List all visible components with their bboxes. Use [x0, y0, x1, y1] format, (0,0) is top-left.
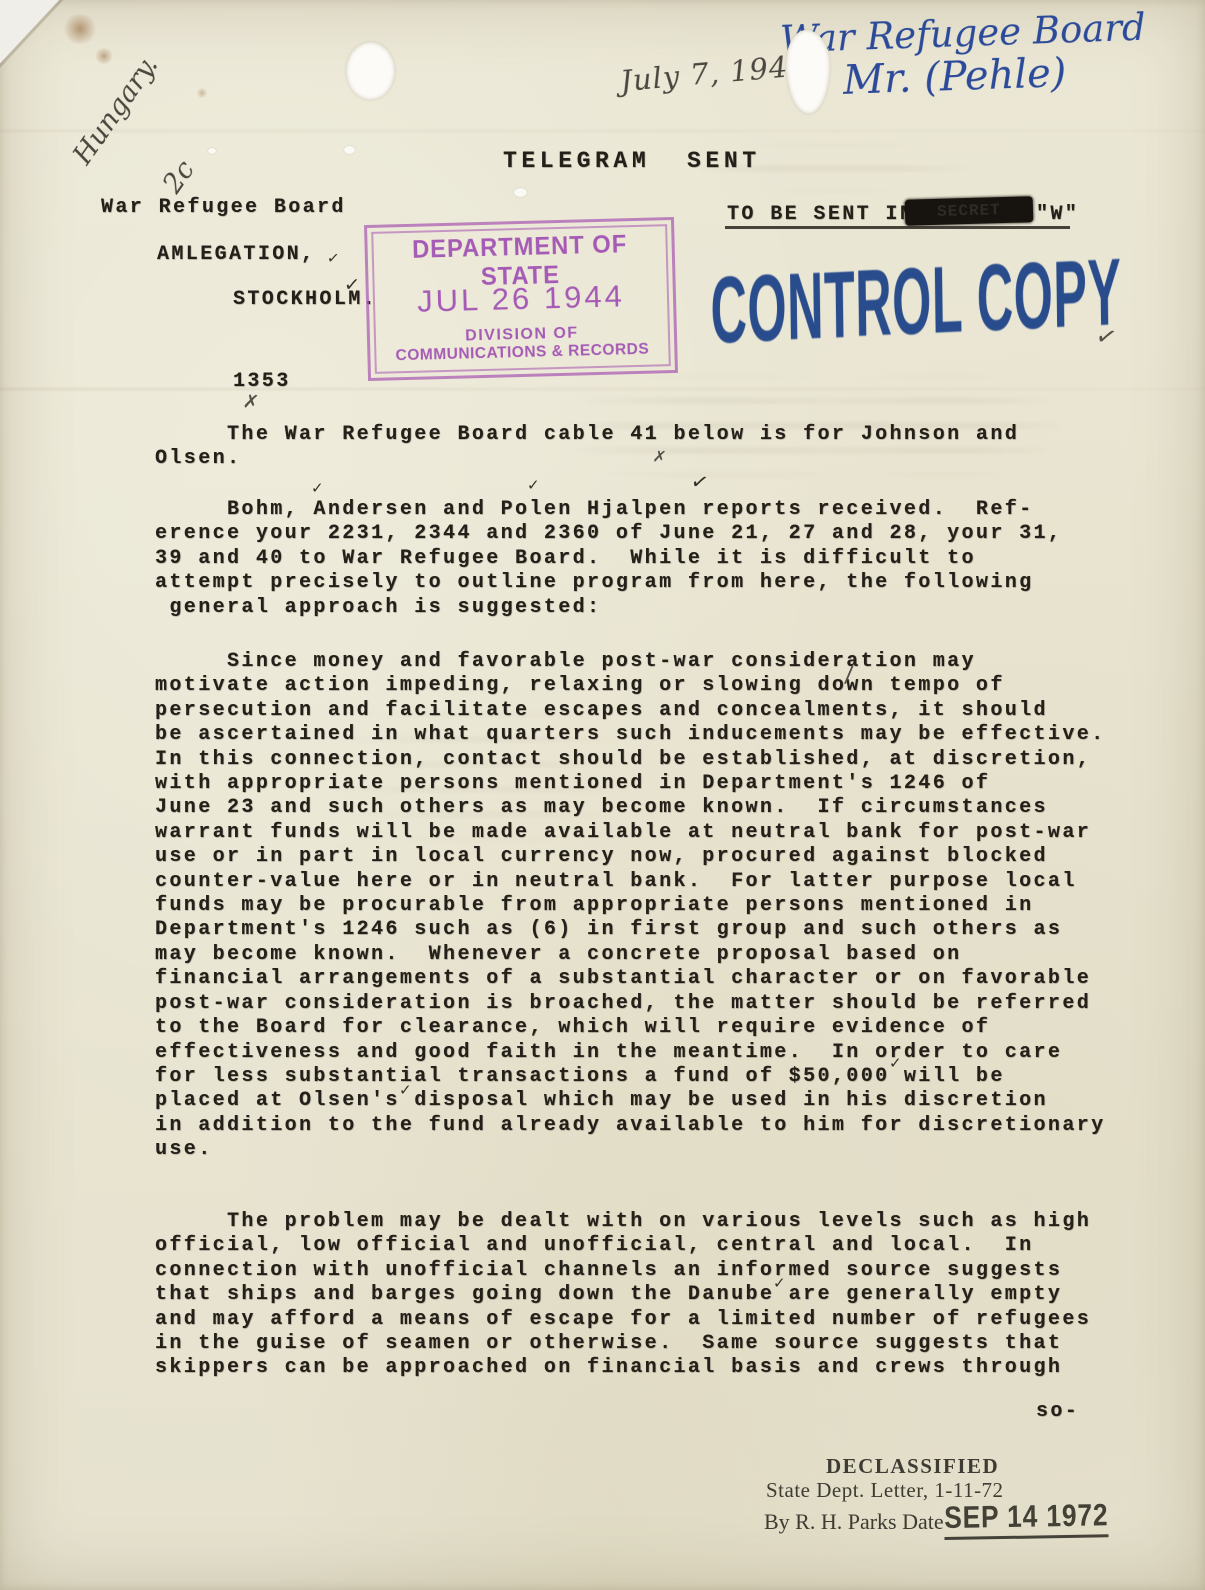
redacted-word: SECRET — [937, 201, 1001, 221]
checkmark-bohm: ✓ — [311, 479, 324, 497]
routing-underline — [725, 226, 1070, 229]
body-paragraph-4: The problem may be dealt with on various… — [155, 1210, 1091, 1381]
cut-corner — [0, 0, 95, 95]
routing-instruction-prefix: TO BE SENT IN — [727, 203, 914, 227]
stain — [94, 48, 114, 64]
x-mark-center: ✗ — [652, 446, 668, 467]
checkmark-olsens: ✓ — [399, 1081, 412, 1099]
body-paragraph-1: The War Refugee Board cable 41 below is … — [155, 423, 1019, 472]
checkmark-andersen: ✓ — [527, 476, 540, 494]
body-paragraph-2: Bohm, Andersen and Polen Hjalpen reports… — [155, 498, 1062, 620]
routing-code: "W" — [1036, 203, 1079, 227]
checkmark-stockholm: ✓ — [343, 273, 360, 296]
handwritten-routing-note-line2: Mr. (Pehle) — [842, 50, 1067, 104]
body-paragraph-3: Since money and favorable post-war consi… — [155, 650, 1106, 1163]
page-title: TELEGRAM SENT — [503, 149, 761, 173]
paper-speck — [208, 148, 216, 154]
redaction-bar: SECRET — [905, 196, 1034, 226]
cable-number: 1353 — [233, 370, 291, 394]
paper-speck — [514, 188, 527, 197]
stain — [196, 88, 208, 98]
declassified-stamp-by-line: By R. H. Parks Date — [764, 1509, 944, 1535]
checkmark-amlegation: ✓ — [326, 248, 340, 267]
declassified-stamp-title: DECLASSIFIED — [826, 1454, 999, 1479]
handwritten-corner-note-line2: 2c — [158, 102, 238, 199]
checkmark-50000: ✓ — [889, 1054, 902, 1072]
control-copy-stamp: CONTROL COPY — [710, 247, 1122, 356]
hole-punch — [786, 30, 830, 114]
checkmark-danube: ✓ — [773, 1274, 786, 1292]
received-stamp-date: JUL 26 1944 — [369, 277, 674, 321]
received-stamp: DEPARTMENT OF STATE JUL 26 1944 DIVISION… — [364, 217, 678, 381]
declassified-stamp-date: SEP 14 1972 — [944, 1497, 1109, 1540]
document-page: TELEGRAM SENT War Refugee Board AMLEGATI… — [0, 0, 1205, 1590]
recipient-line-1: AMLEGATION, — [157, 243, 315, 267]
paper-crease — [0, 388, 1205, 390]
continuation-mark: so- — [1036, 1400, 1079, 1424]
checkmark-hjalpen: ✓ — [689, 468, 711, 495]
x-mark-cable-number: ✗ — [242, 390, 261, 414]
paper-speck — [344, 146, 355, 154]
hole-punch — [346, 42, 395, 100]
